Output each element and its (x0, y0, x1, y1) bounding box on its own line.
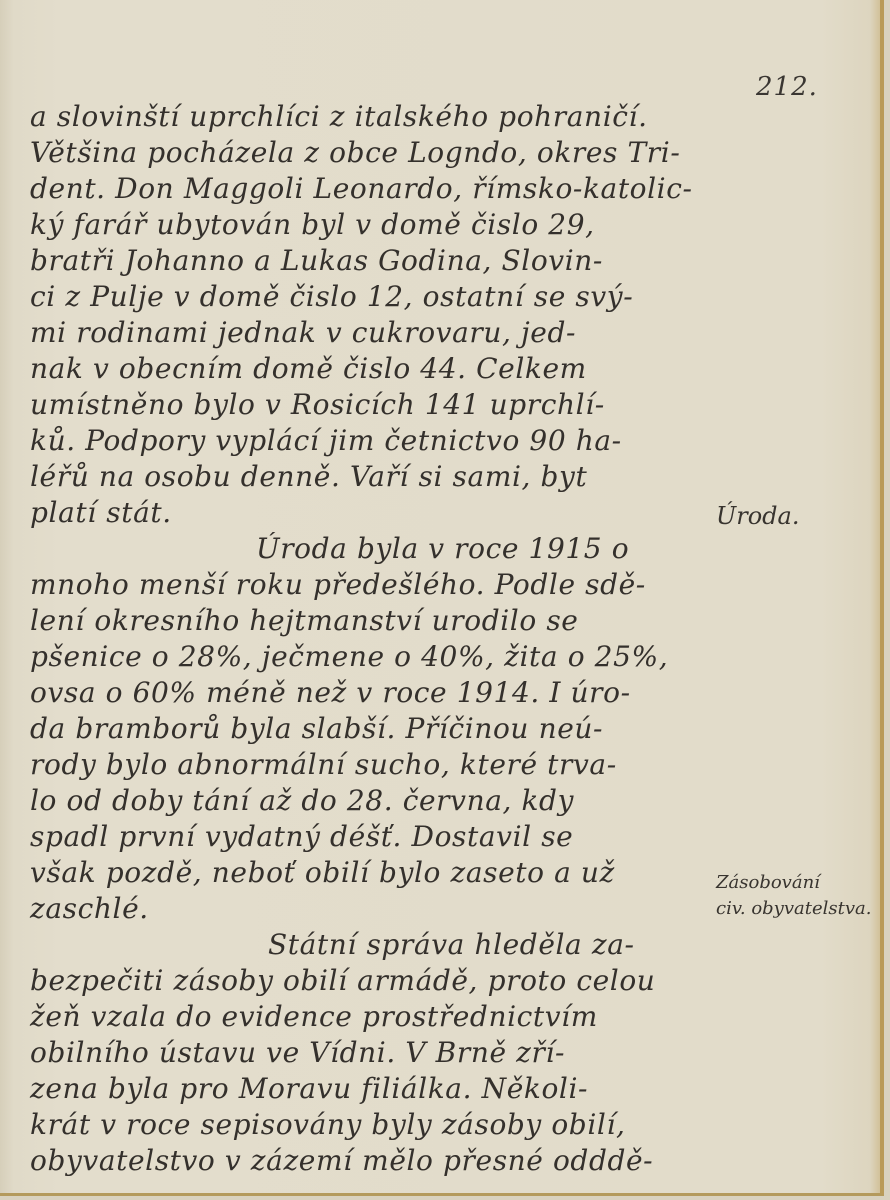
text-line: léřů na osobu denně. Vaří si sami, byt (30, 460, 587, 493)
text-line: bratři Johanno a Lukas Godina, Slovin- (30, 244, 603, 277)
paragraph-start-line: Úroda byla v roce 1915 o (256, 532, 629, 565)
text-line: lení okresního hejtmanství urodilo se (30, 604, 578, 637)
text-line: spadl první vydatný déšť. Dostavil se (30, 820, 573, 853)
chronicle-page: 212. a slovinští uprchlíci z italského p… (0, 0, 884, 1196)
text-line: pšenice o 28%, ječmene o 40%, žita o 25%… (30, 640, 668, 673)
text-line: rody bylo abnormální sucho, které trva- (30, 748, 617, 781)
text-line: platí stát. (30, 496, 172, 529)
margin-note-zasobovani: Zásobování civ. obyvatelstva. (716, 870, 871, 922)
text-line: mnoho menší roku předešlého. Podle sdě- (30, 568, 646, 601)
margin-note-line: Úroda. (716, 502, 799, 530)
text-line: a slovinští uprchlíci z italského pohran… (30, 100, 648, 133)
text-line: obilního ústavu ve Vídni. V Brně zří- (30, 1036, 565, 1069)
text-line: dent. Don Maggoli Leonardo, římsko-katol… (30, 172, 693, 205)
text-line: krát v roce sepisovány byly zásoby obilí… (30, 1108, 626, 1141)
text-line: obyvatelstvo v zázemí mělo přesné odddě- (30, 1144, 653, 1177)
page-number: 212. (756, 72, 818, 102)
text-line: ký farář ubytován byl v domě čislo 29, (30, 208, 595, 241)
margin-note-uroda: Úroda. (716, 502, 799, 530)
text-line: zaschlé. (30, 892, 149, 925)
text-line: lo od doby tání až do 28. června, kdy (30, 784, 574, 817)
text-line: bezpečiti zásoby obilí armádě, proto cel… (30, 964, 655, 997)
text-line: ci z Pulje v domě čislo 12, ostatní se s… (30, 280, 633, 313)
text-line: žeň vzala do evidence prostřednictvím (30, 1000, 598, 1033)
text-line: mi rodinami jednak v cukrovaru, jed- (30, 316, 576, 349)
text-line: nak v obecním domě čislo 44. Celkem (30, 352, 587, 385)
text-line: však pozdě, neboť obilí bylo zaseto a už (30, 856, 615, 889)
text-line: ků. Podpory vyplácí jim četnictvo 90 ha- (30, 424, 622, 457)
margin-note-line: civ. obyvatelstva. (716, 896, 871, 922)
text-line: Většina pocházela z obce Logndo, okres T… (30, 136, 680, 169)
text-line: da bramborů byla slabší. Příčinou neú- (30, 712, 603, 745)
text-line: ovsa o 60% méně než v roce 1914. I úro- (30, 676, 631, 709)
margin-note-line: Zásobování (716, 870, 871, 896)
text-line: umístněno bylo v Rosicích 141 uprchlí- (30, 388, 605, 421)
paragraph-start-line: Státní správa hleděla za- (268, 928, 635, 961)
text-line: zena byla pro Moravu filiálka. Několi- (30, 1072, 588, 1105)
